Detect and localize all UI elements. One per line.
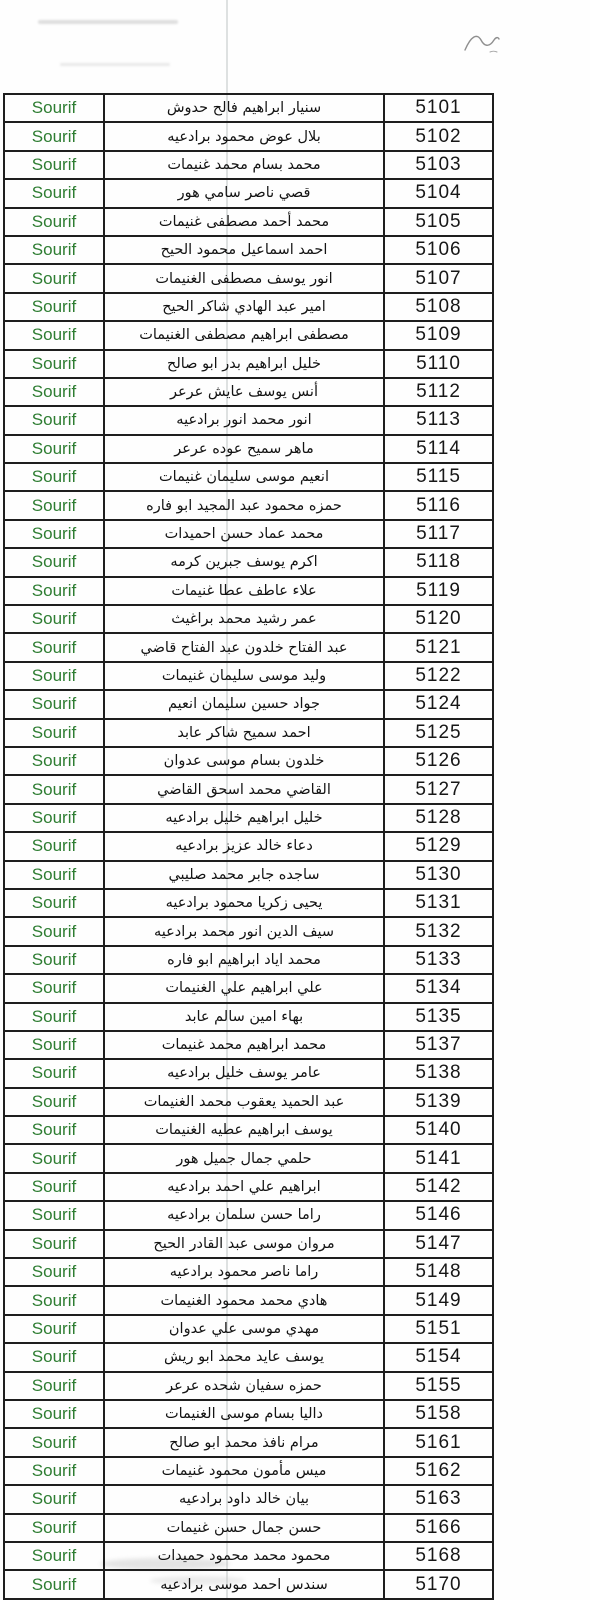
name-cell: سيف الدين انور محمد برادعيه [104, 917, 384, 945]
name-cell: انعيم موسى سليمان غنيمات [104, 463, 384, 491]
id-cell: 5109 [384, 321, 493, 349]
region-cell: Sourif [4, 1201, 104, 1229]
id-cell: 5106 [384, 236, 493, 264]
id-cell: 5102 [384, 122, 493, 150]
table-row: Sourif احمد اسماعيل محمود الحيح 5106 [4, 236, 493, 264]
scanned-document-page: Sourif سنيار ابراهيم فالح حدوش 5101 Sour… [0, 0, 590, 1600]
region-cell: Sourif [4, 1088, 104, 1116]
name-cell: مروان موسى عبد القادر الحيح [104, 1230, 384, 1258]
table-row: Sourif حمزه سفيان شحده عرعر 5155 [4, 1372, 493, 1400]
name-cell: دعاء خالد عزيز برادعيه [104, 832, 384, 860]
region-cell: Sourif [4, 1059, 104, 1087]
region-cell: Sourif [4, 1372, 104, 1400]
id-cell: 5140 [384, 1116, 493, 1144]
region-cell: Sourif [4, 293, 104, 321]
name-cell: راما حسن سلمان برادعيه [104, 1201, 384, 1229]
name-cell: عمر رشيد محمد براغيث [104, 605, 384, 633]
name-cell: اكرم يوسف جبرين كرمه [104, 548, 384, 576]
name-cell: يوسف عايد محمد ابو ريش [104, 1343, 384, 1371]
table-row: Sourif محمد بسام محمد غنيمات 5103 [4, 151, 493, 179]
region-cell: Sourif [4, 974, 104, 1002]
region-cell: Sourif [4, 151, 104, 179]
id-cell: 5121 [384, 633, 493, 661]
table-row: Sourif عبد الفتاح خلدون عبد الفتاح قاضي … [4, 633, 493, 661]
table-row: Sourif جواد حسين سليمان انعيم 5124 [4, 690, 493, 718]
table-row: Sourif القاضي محمد اسحق القاضي 5127 [4, 775, 493, 803]
id-cell: 5166 [384, 1514, 493, 1542]
name-cell: راما ناصر محمود برادعيه [104, 1258, 384, 1286]
region-cell: Sourif [4, 889, 104, 917]
name-cell: هادي محمد محمود الغنيمات [104, 1286, 384, 1314]
table-row: Sourif بلال عوض محمود برادعيه 5102 [4, 122, 493, 150]
region-cell: Sourif [4, 1003, 104, 1031]
region-cell: Sourif [4, 1457, 104, 1485]
region-cell: Sourif [4, 747, 104, 775]
name-cell: علي ابراهيم علي الغنيمات [104, 974, 384, 1002]
roster-table: Sourif سنيار ابراهيم فالح حدوش 5101 Sour… [3, 93, 494, 1600]
id-cell: 5126 [384, 747, 493, 775]
name-cell: خليل ابراهيم خليل برادعيه [104, 804, 384, 832]
name-cell: ابراهيم علي احمد برادعيه [104, 1173, 384, 1201]
region-cell: Sourif [4, 350, 104, 378]
table-row: Sourif علي ابراهيم علي الغنيمات 5134 [4, 974, 493, 1002]
region-cell: Sourif [4, 264, 104, 292]
region-cell: Sourif [4, 208, 104, 236]
name-cell: ماهر سميح عوده عرعر [104, 435, 384, 463]
id-cell: 5129 [384, 832, 493, 860]
scan-smudge [60, 63, 170, 66]
name-cell: قصي ناصر سامي هور [104, 179, 384, 207]
table-row: Sourif عبد الحميد يعقوب محمد الغنيمات 51… [4, 1088, 493, 1116]
id-cell: 5132 [384, 917, 493, 945]
id-cell: 5137 [384, 1031, 493, 1059]
region-cell: Sourif [4, 633, 104, 661]
table-row: Sourif حمزه محمود عبد المجيد ابو فاره 51… [4, 491, 493, 519]
table-row: Sourif علاء عاطف عطا غنيمات 5119 [4, 577, 493, 605]
region-cell: Sourif [4, 1542, 104, 1570]
region-cell: Sourif [4, 179, 104, 207]
region-cell: Sourif [4, 378, 104, 406]
region-cell: Sourif [4, 1031, 104, 1059]
id-cell: 5127 [384, 775, 493, 803]
table-row: Sourif سنيار ابراهيم فالح حدوش 5101 [4, 94, 493, 122]
id-cell: 5168 [384, 1542, 493, 1570]
name-cell: وليد موسى سليمان غنيمات [104, 662, 384, 690]
region-cell: Sourif [4, 1116, 104, 1144]
region-cell: Sourif [4, 605, 104, 633]
name-cell: انور محمد انور برادعيه [104, 406, 384, 434]
id-cell: 5105 [384, 208, 493, 236]
id-cell: 5131 [384, 889, 493, 917]
id-cell: 5113 [384, 406, 493, 434]
id-cell: 5104 [384, 179, 493, 207]
region-cell: Sourif [4, 1485, 104, 1513]
region-cell: Sourif [4, 1400, 104, 1428]
scan-smudge [38, 20, 178, 24]
name-cell: محمد بسام محمد غنيمات [104, 151, 384, 179]
name-cell: محمد اياد ابراهيم ابو فاره [104, 946, 384, 974]
id-cell: 5107 [384, 264, 493, 292]
region-cell: Sourif [4, 1258, 104, 1286]
region-cell: Sourif [4, 435, 104, 463]
table-row: Sourif أنس يوسف عايش عرعر 5112 [4, 378, 493, 406]
region-cell: Sourif [4, 1286, 104, 1314]
id-cell: 5122 [384, 662, 493, 690]
region-cell: Sourif [4, 321, 104, 349]
region-cell: Sourif [4, 520, 104, 548]
id-cell: 5110 [384, 350, 493, 378]
id-cell: 5118 [384, 548, 493, 576]
name-cell: أنس يوسف عايش عرعر [104, 378, 384, 406]
table-row: Sourif مروان موسى عبد القادر الحيح 5147 [4, 1230, 493, 1258]
region-cell: Sourif [4, 1514, 104, 1542]
region-cell: Sourif [4, 577, 104, 605]
table-row: Sourif انور محمد انور برادعيه 5113 [4, 406, 493, 434]
table-row: Sourif مهدي موسى علي عدوان 5151 [4, 1315, 493, 1343]
id-cell: 5155 [384, 1372, 493, 1400]
name-cell: احمد سميح شاكر عابد [104, 719, 384, 747]
id-cell: 5170 [384, 1570, 493, 1598]
id-cell: 5130 [384, 861, 493, 889]
name-cell: احمد اسماعيل محمود الحيح [104, 236, 384, 264]
region-cell: Sourif [4, 832, 104, 860]
name-cell: حلمي جمال جميل هور [104, 1144, 384, 1172]
region-cell: Sourif [4, 1173, 104, 1201]
table-row: Sourif عمر رشيد محمد براغيث 5120 [4, 605, 493, 633]
name-cell: حسن جمال حسن غنيمات [104, 1514, 384, 1542]
table-row: Sourif محمد ابراهيم محمد غنيمات 5137 [4, 1031, 493, 1059]
table-row: Sourif امير عبد الهادي شاكر الحيح 5108 [4, 293, 493, 321]
table-row: Sourif ساجده جابر محمد صليبي 5130 [4, 861, 493, 889]
table-row: Sourif محمد عماد حسن احميدات 5117 [4, 520, 493, 548]
table-row: Sourif يوسف ابراهيم عطيه الغنيمات 5140 [4, 1116, 493, 1144]
id-cell: 5147 [384, 1230, 493, 1258]
id-cell: 5108 [384, 293, 493, 321]
table-row: Sourif عامر يوسف خليل برادعيه 5138 [4, 1059, 493, 1087]
region-cell: Sourif [4, 94, 104, 122]
table-row: Sourif مصطفى ابراهيم مصطفى الغنيمات 5109 [4, 321, 493, 349]
table-row: Sourif محمود محمد محمود حميدات 5168 [4, 1542, 493, 1570]
id-cell: 5116 [384, 491, 493, 519]
region-cell: Sourif [4, 1144, 104, 1172]
name-cell: عامر يوسف خليل برادعيه [104, 1059, 384, 1087]
table-row: Sourif انعيم موسى سليمان غنيمات 5115 [4, 463, 493, 491]
table-row: Sourif خلدون بسام موسى عدوان 5126 [4, 747, 493, 775]
name-cell: محمود محمد محمود حميدات [104, 1542, 384, 1570]
table-row: Sourif انور يوسف مصطفى الغنيمات 5107 [4, 264, 493, 292]
id-cell: 5135 [384, 1003, 493, 1031]
region-cell: Sourif [4, 690, 104, 718]
name-cell: محمد عماد حسن احميدات [104, 520, 384, 548]
id-cell: 5103 [384, 151, 493, 179]
id-cell: 5125 [384, 719, 493, 747]
name-cell: مصطفى ابراهيم مصطفى الغنيمات [104, 321, 384, 349]
id-cell: 5148 [384, 1258, 493, 1286]
table-row: Sourif خليل ابراهيم خليل برادعيه 5128 [4, 804, 493, 832]
region-cell: Sourif [4, 861, 104, 889]
table-row: Sourif داليا بسام موسى الغنيمات 5158 [4, 1400, 493, 1428]
id-cell: 5120 [384, 605, 493, 633]
name-cell: القاضي محمد اسحق القاضي [104, 775, 384, 803]
id-cell: 5115 [384, 463, 493, 491]
name-cell: حمزه محمود عبد المجيد ابو فاره [104, 491, 384, 519]
region-cell: Sourif [4, 804, 104, 832]
id-cell: 5162 [384, 1457, 493, 1485]
table-row: Sourif راما حسن سلمان برادعيه 5146 [4, 1201, 493, 1229]
id-cell: 5112 [384, 378, 493, 406]
table-row: Sourif يوسف عايد محمد ابو ريش 5154 [4, 1343, 493, 1371]
id-cell: 5134 [384, 974, 493, 1002]
id-cell: 5133 [384, 946, 493, 974]
table-row: Sourif خليل ابراهيم بدر ابو صالح 5110 [4, 350, 493, 378]
table-row: Sourif حلمي جمال جميل هور 5141 [4, 1144, 493, 1172]
region-cell: Sourif [4, 1570, 104, 1598]
name-cell: يحيى زكريا محمود برادعيه [104, 889, 384, 917]
name-cell: ساجده جابر محمد صليبي [104, 861, 384, 889]
id-cell: 5117 [384, 520, 493, 548]
id-cell: 5124 [384, 690, 493, 718]
id-cell: 5146 [384, 1201, 493, 1229]
region-cell: Sourif [4, 463, 104, 491]
table-row: Sourif بهاء امين سالم عابد 5135 [4, 1003, 493, 1031]
id-cell: 5128 [384, 804, 493, 832]
roster-table-body: Sourif سنيار ابراهيم فالح حدوش 5101 Sour… [4, 94, 493, 1599]
table-row: Sourif محمد اياد ابراهيم ابو فاره 5133 [4, 946, 493, 974]
name-cell: بلال عوض محمود برادعيه [104, 122, 384, 150]
name-cell: حمزه سفيان شحده عرعر [104, 1372, 384, 1400]
id-cell: 5142 [384, 1173, 493, 1201]
name-cell: جواد حسين سليمان انعيم [104, 690, 384, 718]
id-cell: 5139 [384, 1088, 493, 1116]
region-cell: Sourif [4, 1230, 104, 1258]
table-row: Sourif ماهر سميح عوده عرعر 5114 [4, 435, 493, 463]
name-cell: سندس احمد موسى برادعيه [104, 1570, 384, 1598]
id-cell: 5101 [384, 94, 493, 122]
name-cell: يوسف ابراهيم عطيه الغنيمات [104, 1116, 384, 1144]
region-cell: Sourif [4, 1428, 104, 1456]
name-cell: محمد أحمد مصطفى غنيمات [104, 208, 384, 236]
id-cell: 5158 [384, 1400, 493, 1428]
region-cell: Sourif [4, 662, 104, 690]
id-cell: 5161 [384, 1428, 493, 1456]
table-row: Sourif وليد موسى سليمان غنيمات 5122 [4, 662, 493, 690]
id-cell: 5119 [384, 577, 493, 605]
region-cell: Sourif [4, 775, 104, 803]
region-cell: Sourif [4, 917, 104, 945]
id-cell: 5154 [384, 1343, 493, 1371]
name-cell: بيان خالد داود برادعيه [104, 1485, 384, 1513]
region-cell: Sourif [4, 236, 104, 264]
name-cell: مهدي موسى علي عدوان [104, 1315, 384, 1343]
table-row: Sourif ابراهيم علي احمد برادعيه 5142 [4, 1173, 493, 1201]
table-row: Sourif سندس احمد موسى برادعيه 5170 [4, 1570, 493, 1598]
id-cell: 5138 [384, 1059, 493, 1087]
table-row: Sourif ميس مأمون محمود غنيمات 5162 [4, 1457, 493, 1485]
region-cell: Sourif [4, 122, 104, 150]
name-cell: عبد الفتاح خلدون عبد الفتاح قاضي [104, 633, 384, 661]
table-row: Sourif دعاء خالد عزيز برادعيه 5129 [4, 832, 493, 860]
id-cell: 5141 [384, 1144, 493, 1172]
region-cell: Sourif [4, 491, 104, 519]
region-cell: Sourif [4, 719, 104, 747]
id-cell: 5149 [384, 1286, 493, 1314]
name-cell: خليل ابراهيم بدر ابو صالح [104, 350, 384, 378]
table-row: Sourif حسن جمال حسن غنيمات 5166 [4, 1514, 493, 1542]
region-cell: Sourif [4, 1343, 104, 1371]
name-cell: عبد الحميد يعقوب محمد الغنيمات [104, 1088, 384, 1116]
table-row: Sourif راما ناصر محمود برادعيه 5148 [4, 1258, 493, 1286]
table-row: Sourif محمد أحمد مصطفى غنيمات 5105 [4, 208, 493, 236]
name-cell: داليا بسام موسى الغنيمات [104, 1400, 384, 1428]
region-cell: Sourif [4, 406, 104, 434]
name-cell: خلدون بسام موسى عدوان [104, 747, 384, 775]
table-row: Sourif بيان خالد داود برادعيه 5163 [4, 1485, 493, 1513]
table-row: Sourif قصي ناصر سامي هور 5104 [4, 179, 493, 207]
table-row: Sourif احمد سميح شاكر عابد 5125 [4, 719, 493, 747]
name-cell: انور يوسف مصطفى الغنيمات [104, 264, 384, 292]
pen-squiggle-mark [462, 28, 502, 58]
region-cell: Sourif [4, 946, 104, 974]
table-row: Sourif هادي محمد محمود الغنيمات 5149 [4, 1286, 493, 1314]
region-cell: Sourif [4, 1315, 104, 1343]
name-cell: مرام نافذ محمد ابو صالح [104, 1428, 384, 1456]
table-row: Sourif يحيى زكريا محمود برادعيه 5131 [4, 889, 493, 917]
name-cell: امير عبد الهادي شاكر الحيح [104, 293, 384, 321]
region-cell: Sourif [4, 548, 104, 576]
name-cell: بهاء امين سالم عابد [104, 1003, 384, 1031]
id-cell: 5114 [384, 435, 493, 463]
id-cell: 5151 [384, 1315, 493, 1343]
name-cell: علاء عاطف عطا غنيمات [104, 577, 384, 605]
name-cell: محمد ابراهيم محمد غنيمات [104, 1031, 384, 1059]
name-cell: سنيار ابراهيم فالح حدوش [104, 94, 384, 122]
id-cell: 5163 [384, 1485, 493, 1513]
table-row: Sourif مرام نافذ محمد ابو صالح 5161 [4, 1428, 493, 1456]
table-row: Sourif اكرم يوسف جبرين كرمه 5118 [4, 548, 493, 576]
table-row: Sourif سيف الدين انور محمد برادعيه 5132 [4, 917, 493, 945]
name-cell: ميس مأمون محمود غنيمات [104, 1457, 384, 1485]
